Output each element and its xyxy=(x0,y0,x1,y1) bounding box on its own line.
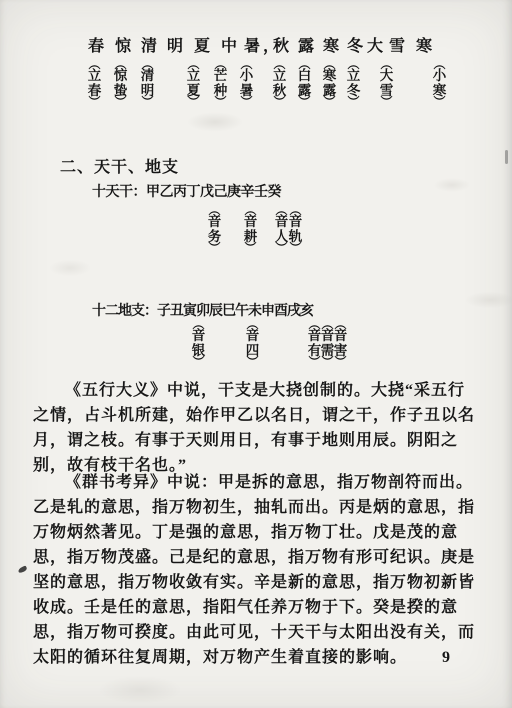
verse-char: 寒 xyxy=(416,38,432,56)
annotation-close-paren: ︶ xyxy=(141,98,153,107)
annotation-close-paren: ︶ xyxy=(347,98,359,107)
solar-terms-annotations: ︵立春︶︵惊蛰︶︵清明︶︵立夏︶︵芒种︶︵小暑︶︵立秋︶︵白露︶︵寒露︶︵立冬︶… xyxy=(0,60,512,112)
text-line: 思，指万物茂盛。己是纪的意思，指万物有形可纪识。庚是 xyxy=(33,545,481,570)
earthly-branches-annotations: ︵音银︶︵音四︶︵音有︶︵音需︶︵音害︶ xyxy=(0,320,512,372)
annotation-char: 小 xyxy=(240,69,254,84)
solar-term-annotation: ︵小暑︶ xyxy=(238,60,255,107)
annotation-char: 音 xyxy=(192,329,206,344)
section-heading: 二、天干、地支 xyxy=(60,154,179,177)
solar-term-annotation: ︵小寒︶ xyxy=(431,60,448,107)
annotation-char: 芒 xyxy=(214,69,228,84)
annotation-char: 音 xyxy=(334,329,348,344)
solar-term-annotation: ︵清明︶ xyxy=(139,60,156,107)
annotation-char: 立 xyxy=(347,69,361,84)
branch-pronunciation-annotation: ︵音银︶ xyxy=(190,320,207,367)
annotation-close-paren: ︶ xyxy=(323,98,335,107)
verse-char: 大 xyxy=(367,38,383,56)
annotation-close-paren: ︶ xyxy=(298,98,310,107)
text-line: 收成。壬是任的意思，指阳气任养万物于下。癸是揆的意 xyxy=(33,595,481,620)
paragraph-qunshu-kaoyi: 《群书考异》中说：甲是拆的意思，指万物剖符而出。乙是轧的意思，指万物初生，抽轧而… xyxy=(33,470,481,670)
page-number: 9 xyxy=(442,649,450,667)
annotation-close-paren: ︶ xyxy=(244,244,256,253)
verse-char: 暑 xyxy=(244,38,260,56)
verse-char: 秋 xyxy=(273,38,289,56)
heavenly-stems-line: 十天干：甲乙丙丁戊己庚辛壬癸 xyxy=(92,181,281,201)
annotation-close-paren: ︶ xyxy=(114,98,126,107)
verse-char: 明 xyxy=(167,38,183,56)
annotation-char: 立 xyxy=(187,69,201,84)
verse-char: 清 xyxy=(141,38,157,56)
annotation-char: 白 xyxy=(298,69,312,84)
branch-pronunciation-annotation: ︵音害︶ xyxy=(332,320,349,367)
verse-char: 冬 xyxy=(347,38,363,56)
verse-char: 露 xyxy=(298,38,314,56)
annotation-close-paren: ︶ xyxy=(275,244,287,253)
text-line: 太阳的循环往复周期，对万物产生着直接的影响。 xyxy=(33,645,481,670)
verse-char: 寒 xyxy=(323,38,339,56)
solar-term-annotation: ︵寒露︶ xyxy=(321,60,338,107)
book-page: 春惊清明夏中暑，秋露寒冬大雪寒 ︵立春︶︵惊蛰︶︵清明︶︵立夏︶︵芒种︶︵小暑︶… xyxy=(0,0,512,708)
solar-term-annotation: ︵白露︶ xyxy=(296,60,313,107)
text-line: 《群书考异》中说：甲是拆的意思，指万物剖符而出。 xyxy=(33,470,481,495)
heavenly-stems-annotations: ︵音务︶︵音耕︶︵音人︶︵音轨︶ xyxy=(0,206,512,258)
annotation-close-paren: ︶ xyxy=(240,98,252,107)
annotation-char: 立 xyxy=(273,69,287,84)
stem-pronunciation-annotation: ︵音耕︶ xyxy=(242,206,259,253)
solar-term-annotation: ︵立秋︶ xyxy=(271,60,288,107)
annotation-char: 音 xyxy=(246,329,260,344)
annotation-close-paren: ︶ xyxy=(334,358,346,367)
paragraph-wuxing-dayi: 《五行大义》中说，干支是大挠创制的。大挠“采五行之情，占斗机所建，始作甲乙以名日… xyxy=(33,378,481,478)
annotation-char: 惊 xyxy=(114,69,128,84)
text-line: 思，指万物可揆度。由此可见，十天干与太阳出没有关，而 xyxy=(33,620,481,645)
verse-char: 惊 xyxy=(115,38,131,56)
stem-pronunciation-annotation: ︵音务︶ xyxy=(206,206,223,253)
annotation-char: 小 xyxy=(433,69,447,84)
verse-char: 中 xyxy=(221,38,237,56)
annotation-char: 音 xyxy=(289,215,303,230)
annotation-close-paren: ︶ xyxy=(289,244,301,253)
solar-term-annotation: ︵芒种︶ xyxy=(212,60,229,107)
text-line: 月，谓之枝。有事于天则用日，有事于地则用辰。阴阳之 xyxy=(33,428,481,453)
solar-term-annotation: ︵立夏︶ xyxy=(185,60,202,107)
text-line: 《五行大义》中说，干支是大挠创制的。大挠“采五行 xyxy=(33,378,481,403)
annotation-close-paren: ︶ xyxy=(246,358,258,367)
annotation-char: 音 xyxy=(244,215,258,230)
branch-pronunciation-annotation: ︵音四︶ xyxy=(244,320,261,367)
verse-char: 夏 xyxy=(194,38,210,56)
stem-pronunciation-annotation: ︵音轨︶ xyxy=(287,206,304,253)
scan-artifact xyxy=(505,150,508,164)
solar-term-annotation: ︵立冬︶ xyxy=(345,60,362,107)
verse-char: 雪 xyxy=(389,38,405,56)
annotation-close-paren: ︶ xyxy=(380,98,392,107)
solar-term-annotation: ︵大雪︶ xyxy=(378,60,395,107)
annotation-char: 立 xyxy=(88,69,102,84)
text-line: 坚的意思，指万物收敛有实。辛是新的意思，指万物初新皆 xyxy=(33,570,481,595)
verse-char: 春 xyxy=(88,38,104,56)
annotation-char: 清 xyxy=(141,69,155,84)
annotation-close-paren: ︶ xyxy=(273,98,285,107)
annotation-char: 大 xyxy=(380,69,394,84)
annotation-close-paren: ︶ xyxy=(187,98,199,107)
text-line: 万物炳然著见。丁是强的意思，指万物丁壮。戊是茂的意 xyxy=(33,520,481,545)
solar-term-annotation: ︵惊蛰︶ xyxy=(112,60,129,107)
text-line: 之情，占斗机所建，始作甲乙以名日，谓之干，作子丑以名 xyxy=(33,403,481,428)
annotation-close-paren: ︶ xyxy=(88,98,100,107)
annotation-close-paren: ︶ xyxy=(208,244,220,253)
annotation-close-paren: ︶ xyxy=(214,98,226,107)
annotation-char: 寒 xyxy=(323,69,337,84)
annotation-close-paren: ︶ xyxy=(192,358,204,367)
annotation-close-paren: ︶ xyxy=(433,98,445,107)
annotation-char: 音 xyxy=(208,215,222,230)
solar-term-annotation: ︵立春︶ xyxy=(86,60,103,107)
scan-artifact xyxy=(17,565,27,573)
text-line: 乙是轧的意思，指万物初生，抽轧而出。丙是炳的意思，指 xyxy=(33,495,481,520)
solar-terms-verse-line: 春惊清明夏中暑，秋露寒冬大雪寒 xyxy=(0,38,512,58)
